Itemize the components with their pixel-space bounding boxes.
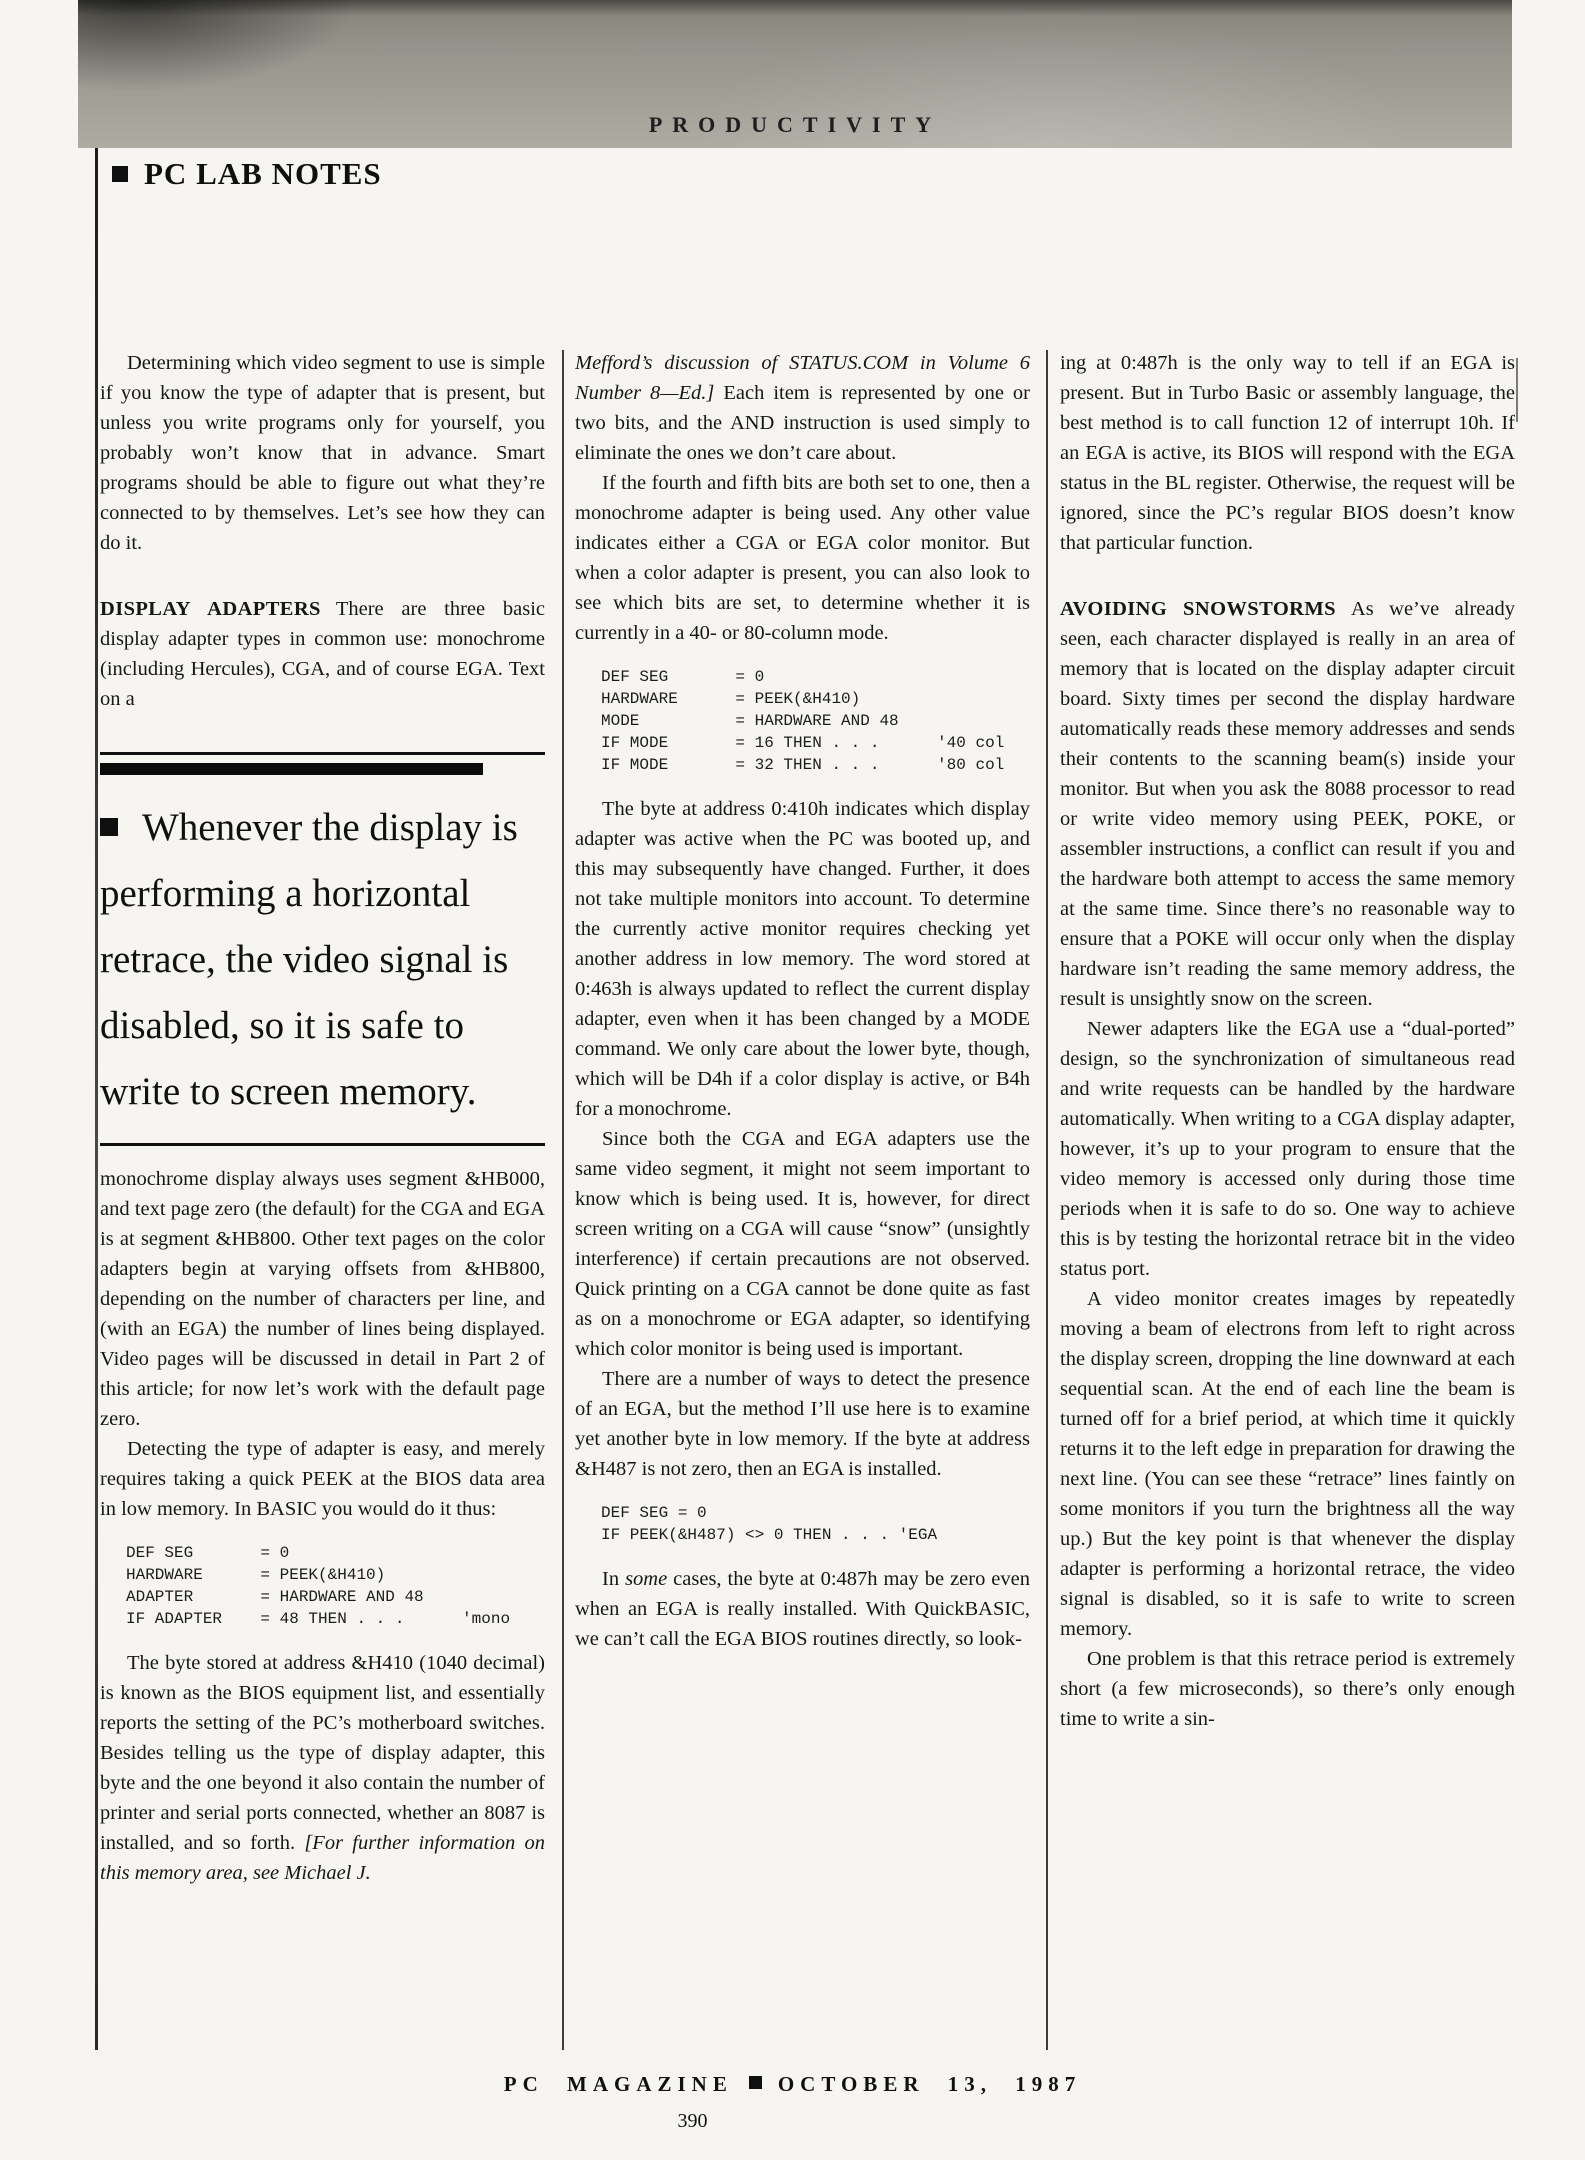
code-block-mode-check: DEF SEG = 0 HARDWARE = PEEK(&H410) MODE …: [601, 666, 1030, 776]
issue-date: OCTOBER 13, 1987: [778, 2072, 1081, 2096]
page-number: 390: [0, 2110, 1385, 2133]
article-title: PC LAB NOTES: [144, 156, 382, 192]
intro-paragraph: Determining which video segment to use i…: [100, 348, 545, 558]
boot-adapter-paragraph: The byte at address 0:410h indicates whi…: [575, 794, 1030, 1124]
segment-paragraph: monochrome display always uses segment &…: [100, 1164, 545, 1434]
equipment-list-text: The byte stored at address &H410 (1040 d…: [100, 1652, 545, 1854]
right-margin-mark: [1516, 358, 1518, 422]
pull-quote-bottom-rule: [100, 1143, 545, 1146]
footer: PC MAGAZINEOCTOBER 13, 1987: [0, 2072, 1585, 2097]
turbo-basic-paragraph: ing at 0:487h is the only way to tell if…: [1060, 348, 1515, 558]
column-left: Determining which video segment to use i…: [100, 348, 545, 2063]
avoiding-snowstorms-heading: AVOIDING SNOWSTORMS: [1060, 598, 1351, 620]
code-block-adapter-peek: DEF SEG = 0 HARDWARE = PEEK(&H410) ADAPT…: [126, 1542, 545, 1630]
pull-quote: Whenever the display is performing a hor…: [100, 795, 545, 1125]
square-bullet-icon: [100, 818, 118, 836]
ega-zero-paragraph: In some cases, the byte at 0:487h may be…: [575, 1564, 1030, 1654]
column-middle: Mefford’s discussion of STATUS.COM in Vo…: [575, 348, 1030, 2063]
pull-quote-top-thin-rule: [100, 752, 545, 755]
page-edge-line: [95, 148, 98, 2050]
display-adapters-paragraph: DISPLAY ADAPTERSThere are three basic di…: [100, 594, 545, 714]
productivity-banner: PRODUCTIVITY: [78, 0, 1512, 148]
video-monitor-paragraph: A video monitor creates images by repeat…: [1060, 1284, 1515, 1644]
article-heading: PC LAB NOTES: [112, 156, 382, 192]
magazine-page: PRODUCTIVITY PC LAB NOTES Determining wh…: [0, 0, 1585, 2160]
bits-paragraph: If the fourth and fifth bits are both se…: [575, 468, 1030, 648]
square-bullet-icon: [112, 166, 128, 182]
pull-quote-top-thick-rule: [100, 763, 483, 775]
ega-zero-pre: In: [602, 1568, 625, 1590]
avoiding-snowstorms-text: As we’ve already seen, each character di…: [1060, 598, 1515, 1010]
productivity-label: PRODUCTIVITY: [78, 112, 1512, 138]
avoiding-snowstorms-paragraph: AVOIDING SNOWSTORMSAs we’ve already seen…: [1060, 594, 1515, 1014]
pull-quote-text: Whenever the display is performing a hor…: [100, 806, 518, 1113]
snow-paragraph: Since both the CGA and EGA adapters use …: [575, 1124, 1030, 1364]
detecting-paragraph: Detecting the type of adapter is easy, a…: [100, 1434, 545, 1524]
article-columns: Determining which video segment to use i…: [100, 348, 1515, 2063]
ega-zero-emphasis: some: [625, 1568, 667, 1590]
ega-detect-paragraph: There are a number of ways to detect the…: [575, 1364, 1030, 1484]
display-adapters-heading: DISPLAY ADAPTERS: [100, 598, 336, 620]
column-right: ing at 0:487h is the only way to tell if…: [1060, 348, 1515, 2063]
equipment-list-paragraph: The byte stored at address &H410 (1040 d…: [100, 1648, 545, 1888]
editor-note-paragraph: Mefford’s discussion of STATUS.COM in Vo…: [575, 348, 1030, 468]
retrace-period-paragraph: One problem is that this retrace period …: [1060, 1644, 1515, 1734]
dual-ported-paragraph: Newer adapters like the EGA use a “dual-…: [1060, 1014, 1515, 1284]
code-block-ega-check: DEF SEG = 0 IF PEEK(&H487) <> 0 THEN . .…: [601, 1502, 1030, 1546]
footer-separator-icon: [749, 2076, 762, 2089]
pull-quote-block: Whenever the display is performing a hor…: [100, 752, 545, 1146]
magazine-name: PC MAGAZINE: [504, 2072, 733, 2096]
